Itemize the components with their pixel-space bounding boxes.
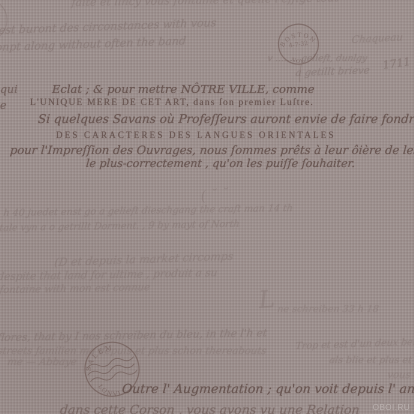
fabric-texture-background: faite et lincy vous fontaine et quelle l…	[0, 0, 414, 414]
ink-flourish: ( ˘ ˘	[200, 187, 230, 205]
printed-line: dans cette Corson , vous avons vu une Re…	[60, 403, 361, 414]
printed-line: pour l'Impreſſion des Ouvrages, nous ſom…	[10, 144, 414, 156]
svg-text:LONVI: LONVI	[96, 379, 124, 402]
printed-line: L'UNIQUE MERE DE CET ART, dans ſon premi…	[30, 99, 314, 109]
printed-line: Si quelques Savans où Profeſſeurs auront…	[38, 113, 414, 126]
printed-line: DES CARACTERES DES LANGUES ORIENTALES	[56, 131, 336, 140]
printed-fragment: qui	[0, 84, 18, 96]
printed-line: Eclat ; & pour mettre NÔTRE VILLE, comme	[52, 83, 315, 95]
svg-text:NOV: NOV	[289, 55, 306, 66]
handwritten-initial: L	[258, 287, 276, 313]
handwritten-line: me — Abbaye	[7, 358, 78, 369]
stamp-arc-text: SALEM	[80, 343, 118, 374]
printed-line: Outre l' Augmentation ; qu'on voit depui…	[122, 382, 414, 395]
handwritten-line: despite that land for ultime , produit a…	[0, 268, 218, 283]
handwritten-line: vous	[387, 371, 412, 382]
handwritten-line: faite et lincy vous fontaine et quelle l…	[71, 0, 339, 9]
handwritten-line: als blie et plus et les	[329, 356, 414, 366]
printed-fragment: e	[0, 100, 7, 112]
handwritten-line: (D et depuis la market circomps	[54, 251, 234, 269]
printed-line: le plus-correctement , qu'on les puiſſe …	[86, 158, 356, 170]
svg-text:SALEM: SALEM	[80, 343, 118, 374]
handwritten-line: Trop et est d'un deux besch	[295, 337, 414, 352]
handwritten-line: tale vyn a o getrillt Dorment. , 9 by ma…	[0, 220, 240, 234]
handwritten-year: 1711	[382, 56, 411, 71]
stamp-arc-text: NOV	[289, 55, 306, 66]
handwritten-line: fontaine with mon est connue	[0, 283, 150, 296]
handwritten-line: onpt along without often the band	[0, 35, 186, 53]
stamp-arc-text: LONVI	[96, 379, 124, 402]
handwritten-line: Chaqueau	[351, 33, 403, 46]
postmark-stamp: BOSTON 4-7-32 NOV	[264, 8, 335, 88]
handwritten-line: h 40 juedet enst go a gelieft dieschgang…	[3, 204, 294, 219]
handwritten-line: ne schreiben 33 h 18	[277, 305, 380, 315]
watermark: OBOI.RU	[373, 403, 410, 412]
stamp-center-text: 4-7-32	[288, 40, 308, 50]
